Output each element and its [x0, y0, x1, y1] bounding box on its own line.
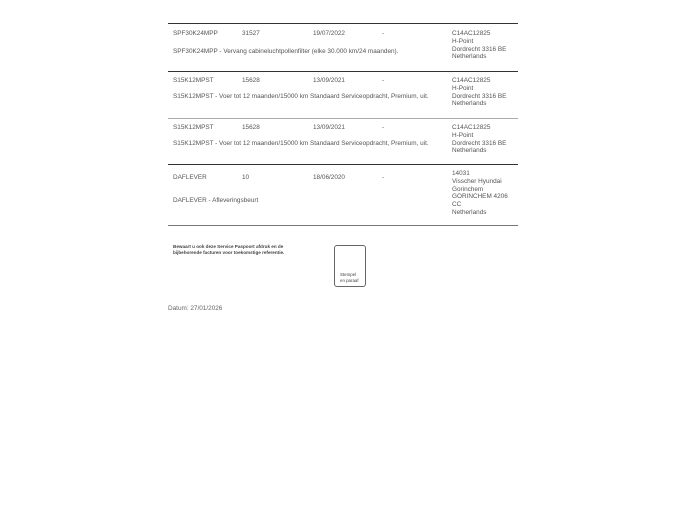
dealer-code: 14031: [452, 170, 508, 178]
service-description: DAFLEVER - Afleveringsbeurt: [173, 197, 258, 205]
dealer-name: H-Point: [452, 132, 506, 140]
service-code: SPF30K24MPP: [173, 30, 218, 38]
service-passport-page: SPF30K24MPP 31527 19/07/2022 - C14AC1282…: [0, 0, 685, 514]
dealer-name: H-Point: [452, 85, 506, 93]
service-code: DAFLEVER: [173, 174, 207, 182]
dealer-code: C14AC12825: [452, 124, 506, 132]
service-dash: -: [382, 124, 384, 132]
dealer-city: Gorinchem: [452, 186, 508, 194]
dealer-code: C14AC12825: [452, 77, 506, 85]
service-number: 15628: [242, 124, 260, 132]
dealer-postal: GORINCHEM 4206: [452, 193, 508, 201]
dealer-country: Netherlands: [452, 209, 508, 217]
dealer-info: C14AC12825 H-Point Dordrecht 3316 BE Net…: [452, 30, 506, 61]
service-code: S15K12MPST: [173, 77, 214, 85]
dealer-country: Netherlands: [452, 100, 506, 108]
service-description: S15K12MPST - Voer tot 12 maanden/15000 k…: [173, 93, 429, 101]
service-dash: -: [382, 174, 384, 182]
dealer-city: Dordrecht 3316 BE: [452, 140, 506, 148]
dealer-city: Dordrecht 3316 BE: [452, 93, 506, 101]
dealer-country: Netherlands: [452, 147, 506, 155]
service-number: 15628: [242, 77, 260, 85]
record-divider: [168, 71, 518, 72]
service-dash: -: [382, 30, 384, 38]
stamp-signature-box: Stempel en paraaf: [334, 245, 366, 287]
dealer-info: C14AC12825 H-Point Dordrecht 3316 BE Net…: [452, 124, 506, 155]
dealer-country: Netherlands: [452, 53, 506, 61]
record-divider: [168, 164, 518, 165]
service-date: 13/09/2021: [313, 124, 345, 132]
service-date: 18/06/2020: [313, 174, 345, 182]
record-divider: [168, 118, 518, 119]
service-number: 10: [242, 174, 249, 182]
dealer-info: 14031 Visscher Hyundai Gorinchem GORINCH…: [452, 170, 508, 217]
service-date: 19/07/2022: [313, 30, 345, 38]
bottom-divider: [168, 225, 518, 226]
print-date: Datum: 27/01/2026: [168, 305, 222, 312]
stamp-label-line-2: en paraaf: [340, 278, 359, 284]
service-number: 31527: [242, 30, 260, 38]
service-description: S15K12MPST - Voer tot 12 maanden/15000 k…: [173, 140, 429, 148]
service-description: SPF30K24MPP - Vervang cabineluchtpollenf…: [173, 48, 398, 56]
service-date: 13/09/2021: [313, 77, 345, 85]
stamp-label: Stempel en paraaf: [340, 272, 359, 284]
dealer-code: C14AC12825: [452, 30, 506, 38]
dealer-city: Dordrecht 3316 BE: [452, 46, 506, 54]
notice-line-2: bijbehorende facturen voor toekomstige r…: [173, 250, 323, 256]
retention-notice: Bewaart u ook deze Service Paspoort afdr…: [173, 244, 323, 257]
service-dash: -: [382, 77, 384, 85]
dealer-name: Visscher Hyundai: [452, 178, 508, 186]
top-divider: [168, 23, 518, 24]
service-code: S15K12MPST: [173, 124, 214, 132]
dealer-name: H-Point: [452, 38, 506, 46]
dealer-info: C14AC12825 H-Point Dordrecht 3316 BE Net…: [452, 77, 506, 108]
dealer-postal-suffix: CC: [452, 201, 508, 209]
